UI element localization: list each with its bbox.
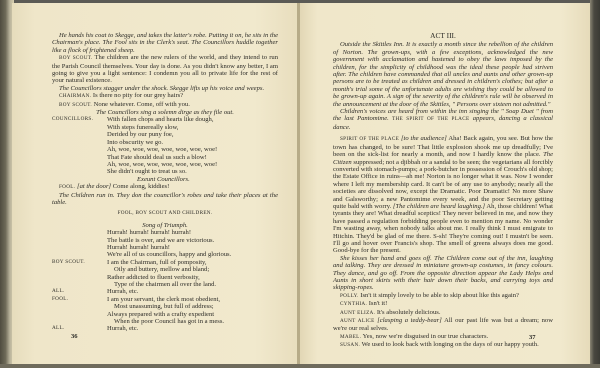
verse-line: With steps funereally slow, [52, 124, 278, 131]
speaker-name: CHAIRMAN. [59, 93, 91, 99]
dialogue-line: AUNT ELIZA. It's absolutely delicious. [333, 309, 553, 317]
stage-direction: The Councillors sing a solemn dirge as t… [52, 109, 278, 116]
speaker-name: BOY SCOUT. [52, 259, 107, 266]
verse-line: She didn't ought to treat us so. [52, 168, 278, 175]
dialogue-line: MABEL. Yes, now we're disguised in our t… [333, 333, 553, 341]
dialogue-line: POLLY. Isn't it simply lovely to be able… [333, 292, 553, 300]
verse-line: Always prepared with a crafty expedient [52, 311, 278, 318]
stage-direction: The Children run in. They don the counci… [52, 192, 278, 207]
stage-direction: She kisses her hand and goes off. The Ch… [333, 255, 553, 292]
dialogue-line: CYNTHIA. Isn't it! [333, 300, 553, 308]
verse-line: ALL.Hurrah, etc. [52, 288, 278, 295]
verse-line: FOOL.I am your servant, the clerk most o… [52, 296, 278, 303]
page-number-left: 36 [71, 333, 78, 340]
dialogue-line: SUSAN. We used to look back with longing… [333, 341, 553, 349]
speaker-name: FOOL. [59, 184, 75, 190]
speaker-name: BOY SCOUT. [59, 102, 92, 108]
song-title: Song of Triumph. [52, 222, 278, 229]
speaker-name: SPIRIT OF THE PLACE [340, 136, 399, 142]
speaker-name: FOOL. [52, 296, 107, 303]
verse-line: When the poor Council has got in a mess. [52, 318, 278, 325]
verse-line: Most unassuming, but full of address; [52, 303, 278, 310]
verse-line: We're all of us councillors, happy and g… [52, 251, 278, 258]
right-page-edges [590, 0, 600, 368]
dialogue-line: CHAIRMAN. Is there no pity for our grey … [52, 92, 278, 100]
act-title: ACT III. [333, 32, 553, 39]
verse-line: Hurrah! hurrah! hurrah! [52, 244, 278, 251]
verse-line: Rather addicted to fluent verbosity, [52, 274, 278, 281]
dialogue-line: BOY SCOUT. None whatever. Come, off with… [52, 101, 278, 109]
verse-line: Type of the chairmen all over the land. [52, 281, 278, 288]
verse-line: COUNCILLORS.With fallen chops and hearts… [52, 116, 278, 123]
dialogue-line: BOY SCOUT. The children are the new rule… [52, 54, 278, 85]
speaker-name: AUNT ELIZA. [340, 310, 375, 316]
bottom-edge [0, 364, 600, 368]
book-spread: He hands his coat to Skegge, and takes t… [0, 0, 600, 368]
page-number-right: 37 [529, 334, 536, 341]
stage-direction: Exeunt Councillors. [52, 176, 278, 183]
stage-direction: The Councillors stagger under the shock.… [52, 85, 278, 92]
speaker-name: SUSAN. [340, 342, 360, 348]
dialogue-line: AUNT ALICE [clasping a teddy-bear] All o… [333, 317, 553, 333]
verse-line: That Fate should deal us such a blow! [52, 154, 278, 161]
verse-line: Derided by our puny foe, [52, 131, 278, 138]
verse-line: Hurrah! hurrah! hurrah! hurrah! [52, 229, 278, 236]
verse-line: BOY SCOUT.I am the Chairman, full of pom… [52, 259, 278, 266]
speaker-name: AUNT ALICE [340, 318, 375, 324]
speaker-name: CYNTHIA. [340, 301, 367, 307]
verse-line: Oily and buttery, mellow and bland; [52, 266, 278, 273]
speaker-name: ALL. [52, 325, 107, 332]
verse-line: Ah, woe, woe, woe, woe, woe, woe, woe! [52, 161, 278, 168]
verse-line: Into obscurity we go. [52, 139, 278, 146]
left-page-text: He hands his coat to Skegge, and takes t… [52, 32, 278, 333]
dialogue-line: FOOL. [at the door] Come along, kiddies! [52, 183, 278, 191]
speaker-name: BOY SCOUT. [59, 55, 92, 61]
speaker-name: POLLY. [340, 293, 359, 299]
stage-direction: Outside the Skittles Inn. It is exactly … [333, 41, 553, 108]
stage-direction: He hands his coat to Skegge, and takes t… [52, 32, 278, 54]
right-page-text: ACT III. Outside the Skittles Inn. It is… [333, 32, 553, 350]
speaker-name: COUNCILLORS. [52, 116, 107, 123]
speaker-name: MABEL. [340, 334, 361, 340]
speaker-name: ALL. [52, 288, 107, 295]
song-performers: FOOL, BOY SCOUT AND CHILDREN. [52, 210, 278, 217]
verse-line: ALL.Hurrah, etc. [52, 325, 278, 332]
dialogue-line: SPIRIT OF THE PLACE [to the audience] Ah… [333, 135, 553, 255]
verse-line: Ah, woe, woe, woe, woe, woe, woe, woe! [52, 146, 278, 153]
stage-direction: Children's voices are heard from within … [333, 108, 553, 131]
verse-line: The battle is over, and we are victoriou… [52, 237, 278, 244]
